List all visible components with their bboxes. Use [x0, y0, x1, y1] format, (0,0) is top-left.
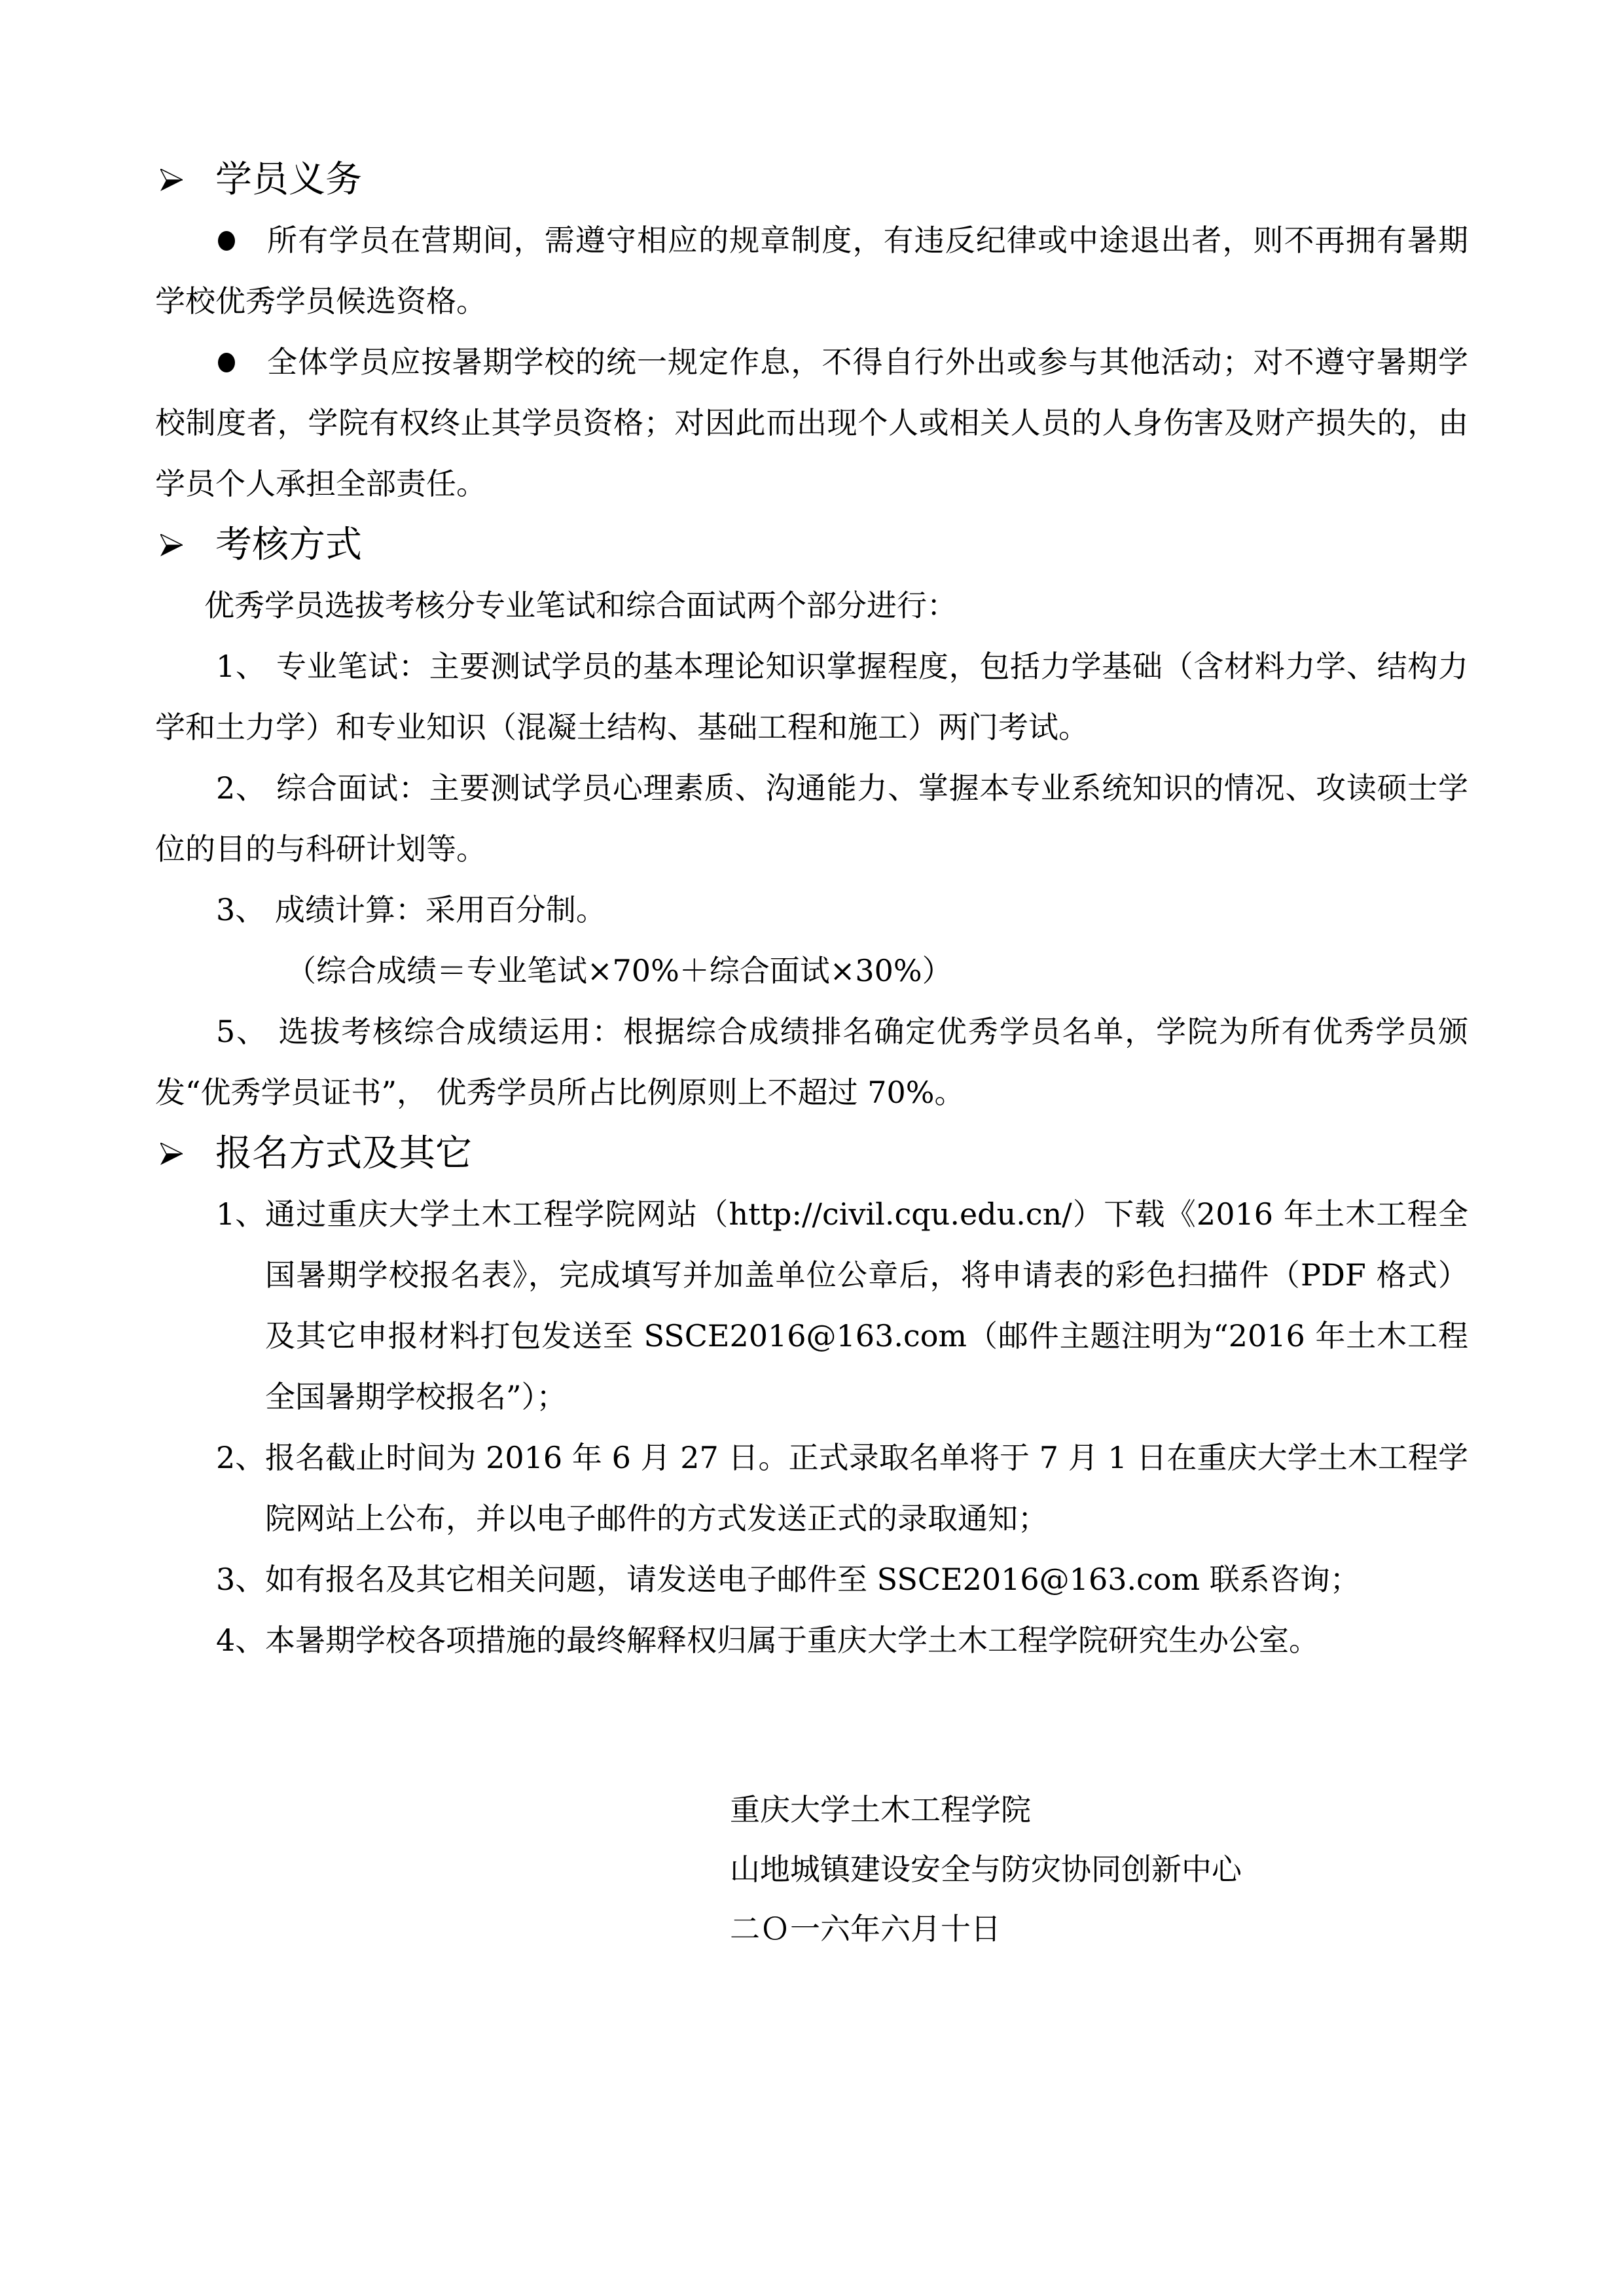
item-number: 2、	[216, 770, 266, 806]
heading-text: 报名方式及其它	[215, 1123, 472, 1184]
item-text: 选拔考核综合成绩运用：根据综合成绩排名确定优秀学员名单，学院为所有优秀学员颁发“…	[155, 1014, 1468, 1110]
item-text: 报名截止时间为 2016 年 6 月 27 日。正式录取名单将于 7 月 1 日…	[265, 1440, 1468, 1536]
item-text: 如有报名及其它相关问题，请发送电子邮件至 SSCE2016@163.com 联系…	[265, 1562, 1360, 1597]
item-number: 5、	[216, 1014, 268, 1049]
bullet-dot-icon	[218, 231, 235, 251]
bullet-paragraph: 所有学员在营期间，需遵守相应的规章制度，有违反纪律或中途退出者，则不再拥有暑期学…	[155, 210, 1468, 332]
item-number: 1、	[216, 649, 266, 684]
registration-item-2: 2、 报名截止时间为 2016 年 6 月 27 日。正式录取名单将于 7 月 …	[155, 1427, 1468, 1549]
document-page: 学员义务 所有学员在营期间，需遵守相应的规章制度，有违反纪律或中途退出者，则不再…	[155, 149, 1468, 1671]
arrow-bullet-icon	[160, 534, 183, 556]
bullet-paragraph: 全体学员应按暑期学校的统一规定作息，不得自行外出或参与其他活动；对不遵守暑期学校…	[155, 332, 1468, 514]
heading-text: 学员义务	[215, 149, 362, 210]
registration-item-3: 3、 如有报名及其它相关问题，请发送电子邮件至 SSCE2016@163.com…	[155, 1549, 1468, 1610]
item-number: 4、	[216, 1610, 265, 1671]
item-text: 综合面试：主要测试学员心理素质、沟通能力、掌握本专业系统知识的情况、攻读硕士学位…	[155, 770, 1468, 867]
item-number: 1、	[216, 1184, 265, 1245]
registration-item-1: 1、 通过重庆大学土木工程学院网站（http://civil.cqu.edu.c…	[155, 1184, 1468, 1427]
registration-item-4: 4、 本暑期学校各项措施的最终解释权归属于重庆大学土木工程学院研究生办公室。	[155, 1610, 1468, 1671]
item-number: 2、	[216, 1427, 265, 1488]
assessment-intro: 优秀学员选拔考核分专业笔试和综合面试两个部分进行：	[155, 575, 1468, 636]
arrow-bullet-icon	[160, 1143, 183, 1165]
section-heading-registration: 报名方式及其它	[155, 1123, 1468, 1184]
signature-date: 二Ｏ一六年六月十日	[730, 1899, 1242, 1959]
item-number: 3、	[216, 1549, 265, 1610]
assessment-item-3: 3、 成绩计算：采用百分制。	[155, 880, 1468, 941]
paragraph-text: 全体学员应按暑期学校的统一规定作息，不得自行外出或参与其他活动；对不遵守暑期学校…	[155, 344, 1468, 501]
score-formula: （综合成绩＝专业笔试×70%＋综合面试×30%）	[155, 941, 1468, 1001]
assessment-item-2: 2、 综合面试：主要测试学员心理素质、沟通能力、掌握本专业系统知识的情况、攻读硕…	[155, 758, 1468, 880]
assessment-item-5: 5、 选拔考核综合成绩运用：根据综合成绩排名确定优秀学员名单，学院为所有优秀学员…	[155, 1001, 1468, 1123]
heading-text: 考核方式	[215, 514, 362, 575]
bullet-dot-icon	[218, 353, 235, 372]
section-heading-student-duties: 学员义务	[155, 149, 1468, 210]
item-text: 通过重庆大学土木工程学院网站（http://civil.cqu.edu.cn/）…	[265, 1196, 1468, 1414]
section-heading-assessment: 考核方式	[155, 514, 1468, 575]
signature-org-center: 山地城镇建设安全与防灾协同创新中心	[730, 1840, 1242, 1899]
item-text: 专业笔试：主要测试学员的基本理论知识掌握程度，包括力学基础（含材料力学、结构力学…	[155, 649, 1468, 745]
assessment-item-1: 1、 专业笔试：主要测试学员的基本理论知识掌握程度，包括力学基础（含材料力学、结…	[155, 636, 1468, 758]
item-number: 3、	[216, 892, 265, 927]
signature-org-college: 重庆大学土木工程学院	[730, 1780, 1242, 1840]
item-text: 成绩计算：采用百分制。	[275, 892, 606, 927]
item-text: 本暑期学校各项措施的最终解释权归属于重庆大学土木工程学院研究生办公室。	[265, 1623, 1319, 1658]
arrow-bullet-icon	[160, 169, 183, 191]
paragraph-text: 所有学员在营期间，需遵守相应的规章制度，有违反纪律或中途退出者，则不再拥有暑期学…	[155, 223, 1468, 319]
signature-block: 重庆大学土木工程学院 山地城镇建设安全与防灾协同创新中心 二Ｏ一六年六月十日	[730, 1780, 1242, 1959]
